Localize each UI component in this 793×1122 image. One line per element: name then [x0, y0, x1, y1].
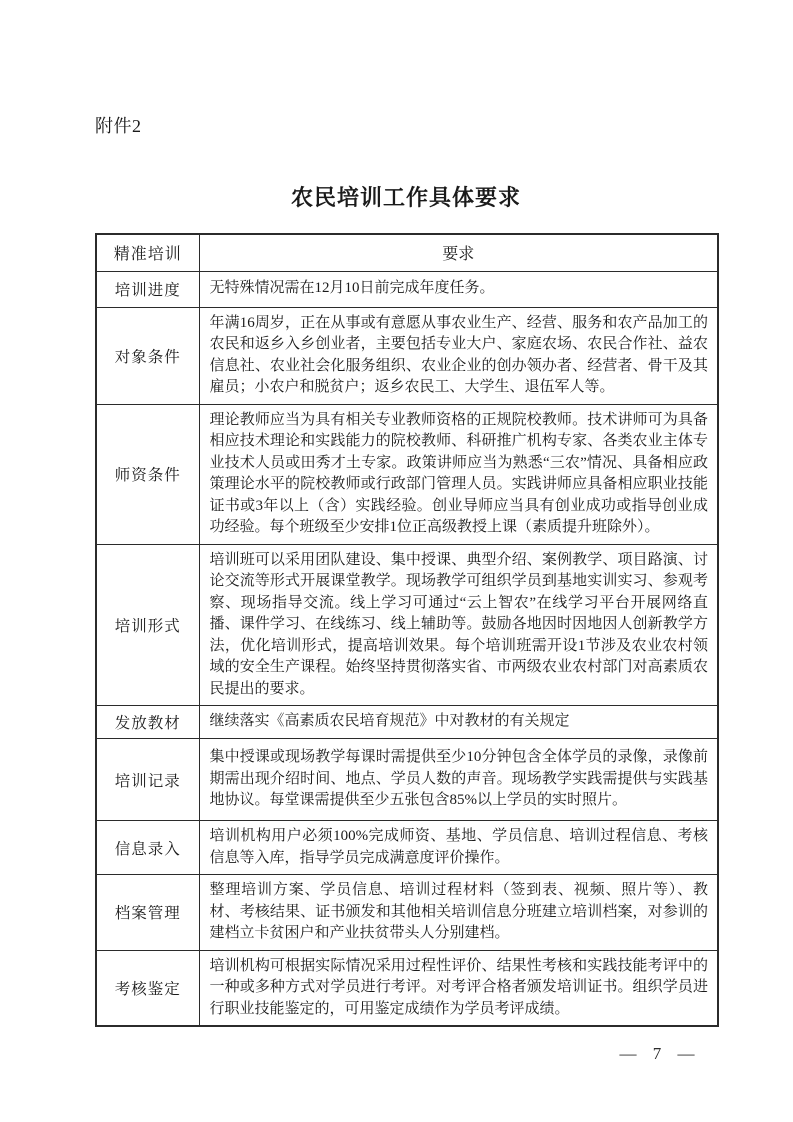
row-label-assessment-appraisal: 考核鉴定: [96, 950, 199, 1026]
row-label-archive-management: 档案管理: [96, 875, 199, 951]
table-row-assessment-appraisal: 考核鉴定 培训机构可根据实际情况采用过程性评价、结果性考核和实践技能考评中的一种…: [96, 950, 718, 1026]
column-header-precise-training: 精准培训: [96, 234, 199, 271]
attachment-label: 附件2: [95, 112, 717, 138]
row-label-target-conditions: 对象条件: [96, 307, 199, 404]
row-content-archive-management: 整理培训方案、学员信息、培训过程材料（签到表、视频、照片等）、教材、考核结果、证…: [199, 875, 718, 951]
requirements-table: 精准培训 要求 培训进度 无特殊情况需在12月10日前完成年度任务。 对象条件 …: [95, 233, 719, 1027]
document-content: 附件2 农民培训工作具体要求 精准培训 要求 培训进度 无特殊情况需在12月10…: [95, 0, 717, 1027]
row-label-training-format: 培训形式: [96, 544, 199, 706]
row-content-training-format: 培训班可以采用团队建设、集中授课、典型介绍、案例教学、项目路演、讨论交流等形式开…: [199, 544, 718, 706]
table-row-target-conditions: 对象条件 年满16周岁，正在从事或有意愿从事农业生产、经营、服务和农产品加工的农…: [96, 307, 718, 404]
page-title: 农民培训工作具体要求: [95, 181, 717, 212]
row-content-teacher-qualifications: 理论教师应当为具有相关专业教师资格的正规院校教师。技术讲师可为具备相应技术理论和…: [199, 404, 718, 544]
table-header-row: 精准培训 要求: [96, 234, 718, 271]
table-row-archive-management: 档案管理 整理培训方案、学员信息、培训过程材料（签到表、视频、照片等）、教材、考…: [96, 875, 718, 951]
table-row-training-records: 培训记录 集中授课或现场教学每课时需提供至少10分钟包含全体学员的录像，录像前期…: [96, 739, 718, 821]
row-content-textbook-distribution: 继续落实《高素质农民培育规范》中对教材的有关规定: [199, 706, 718, 739]
row-label-training-records: 培训记录: [96, 739, 199, 821]
table-row-training-format: 培训形式 培训班可以采用团队建设、集中授课、典型介绍、案例教学、项目路演、讨论交…: [96, 544, 718, 706]
table-row-training-progress: 培训进度 无特殊情况需在12月10日前完成年度任务。: [96, 271, 718, 307]
row-content-training-progress: 无特殊情况需在12月10日前完成年度任务。: [199, 271, 718, 307]
row-label-textbook-distribution: 发放教材: [96, 706, 199, 739]
row-content-target-conditions: 年满16周岁，正在从事或有意愿从事农业生产、经营、服务和农产品加工的农民和返乡入…: [199, 307, 718, 404]
row-content-information-entry: 培训机构用户必须100%完成师资、基地、学员信息、培训过程信息、考核信息等入库，…: [199, 821, 718, 875]
row-label-information-entry: 信息录入: [96, 821, 199, 875]
table-row-teacher-qualifications: 师资条件 理论教师应当为具有相关专业教师资格的正规院校教师。技术讲师可为具备相应…: [96, 404, 718, 544]
column-header-requirements: 要求: [199, 234, 718, 271]
table-row-textbook-distribution: 发放教材 继续落实《高素质农民培育规范》中对教材的有关规定: [96, 706, 718, 739]
row-content-training-records: 集中授课或现场教学每课时需提供至少10分钟包含全体学员的录像，录像前期需出现介绍…: [199, 739, 718, 821]
table-row-information-entry: 信息录入 培训机构用户必须100%完成师资、基地、学员信息、培训过程信息、考核信…: [96, 821, 718, 875]
row-label-teacher-qualifications: 师资条件: [96, 404, 199, 544]
row-content-assessment-appraisal: 培训机构可根据实际情况采用过程性评价、结果性考核和实践技能考评中的一种或多种方式…: [199, 950, 718, 1026]
row-label-training-progress: 培训进度: [96, 271, 199, 307]
document-page: 附件2 农民培训工作具体要求 精准培训 要求 培训进度 无特殊情况需在12月10…: [0, 0, 793, 1122]
page-number: — 7 —: [607, 1044, 707, 1064]
